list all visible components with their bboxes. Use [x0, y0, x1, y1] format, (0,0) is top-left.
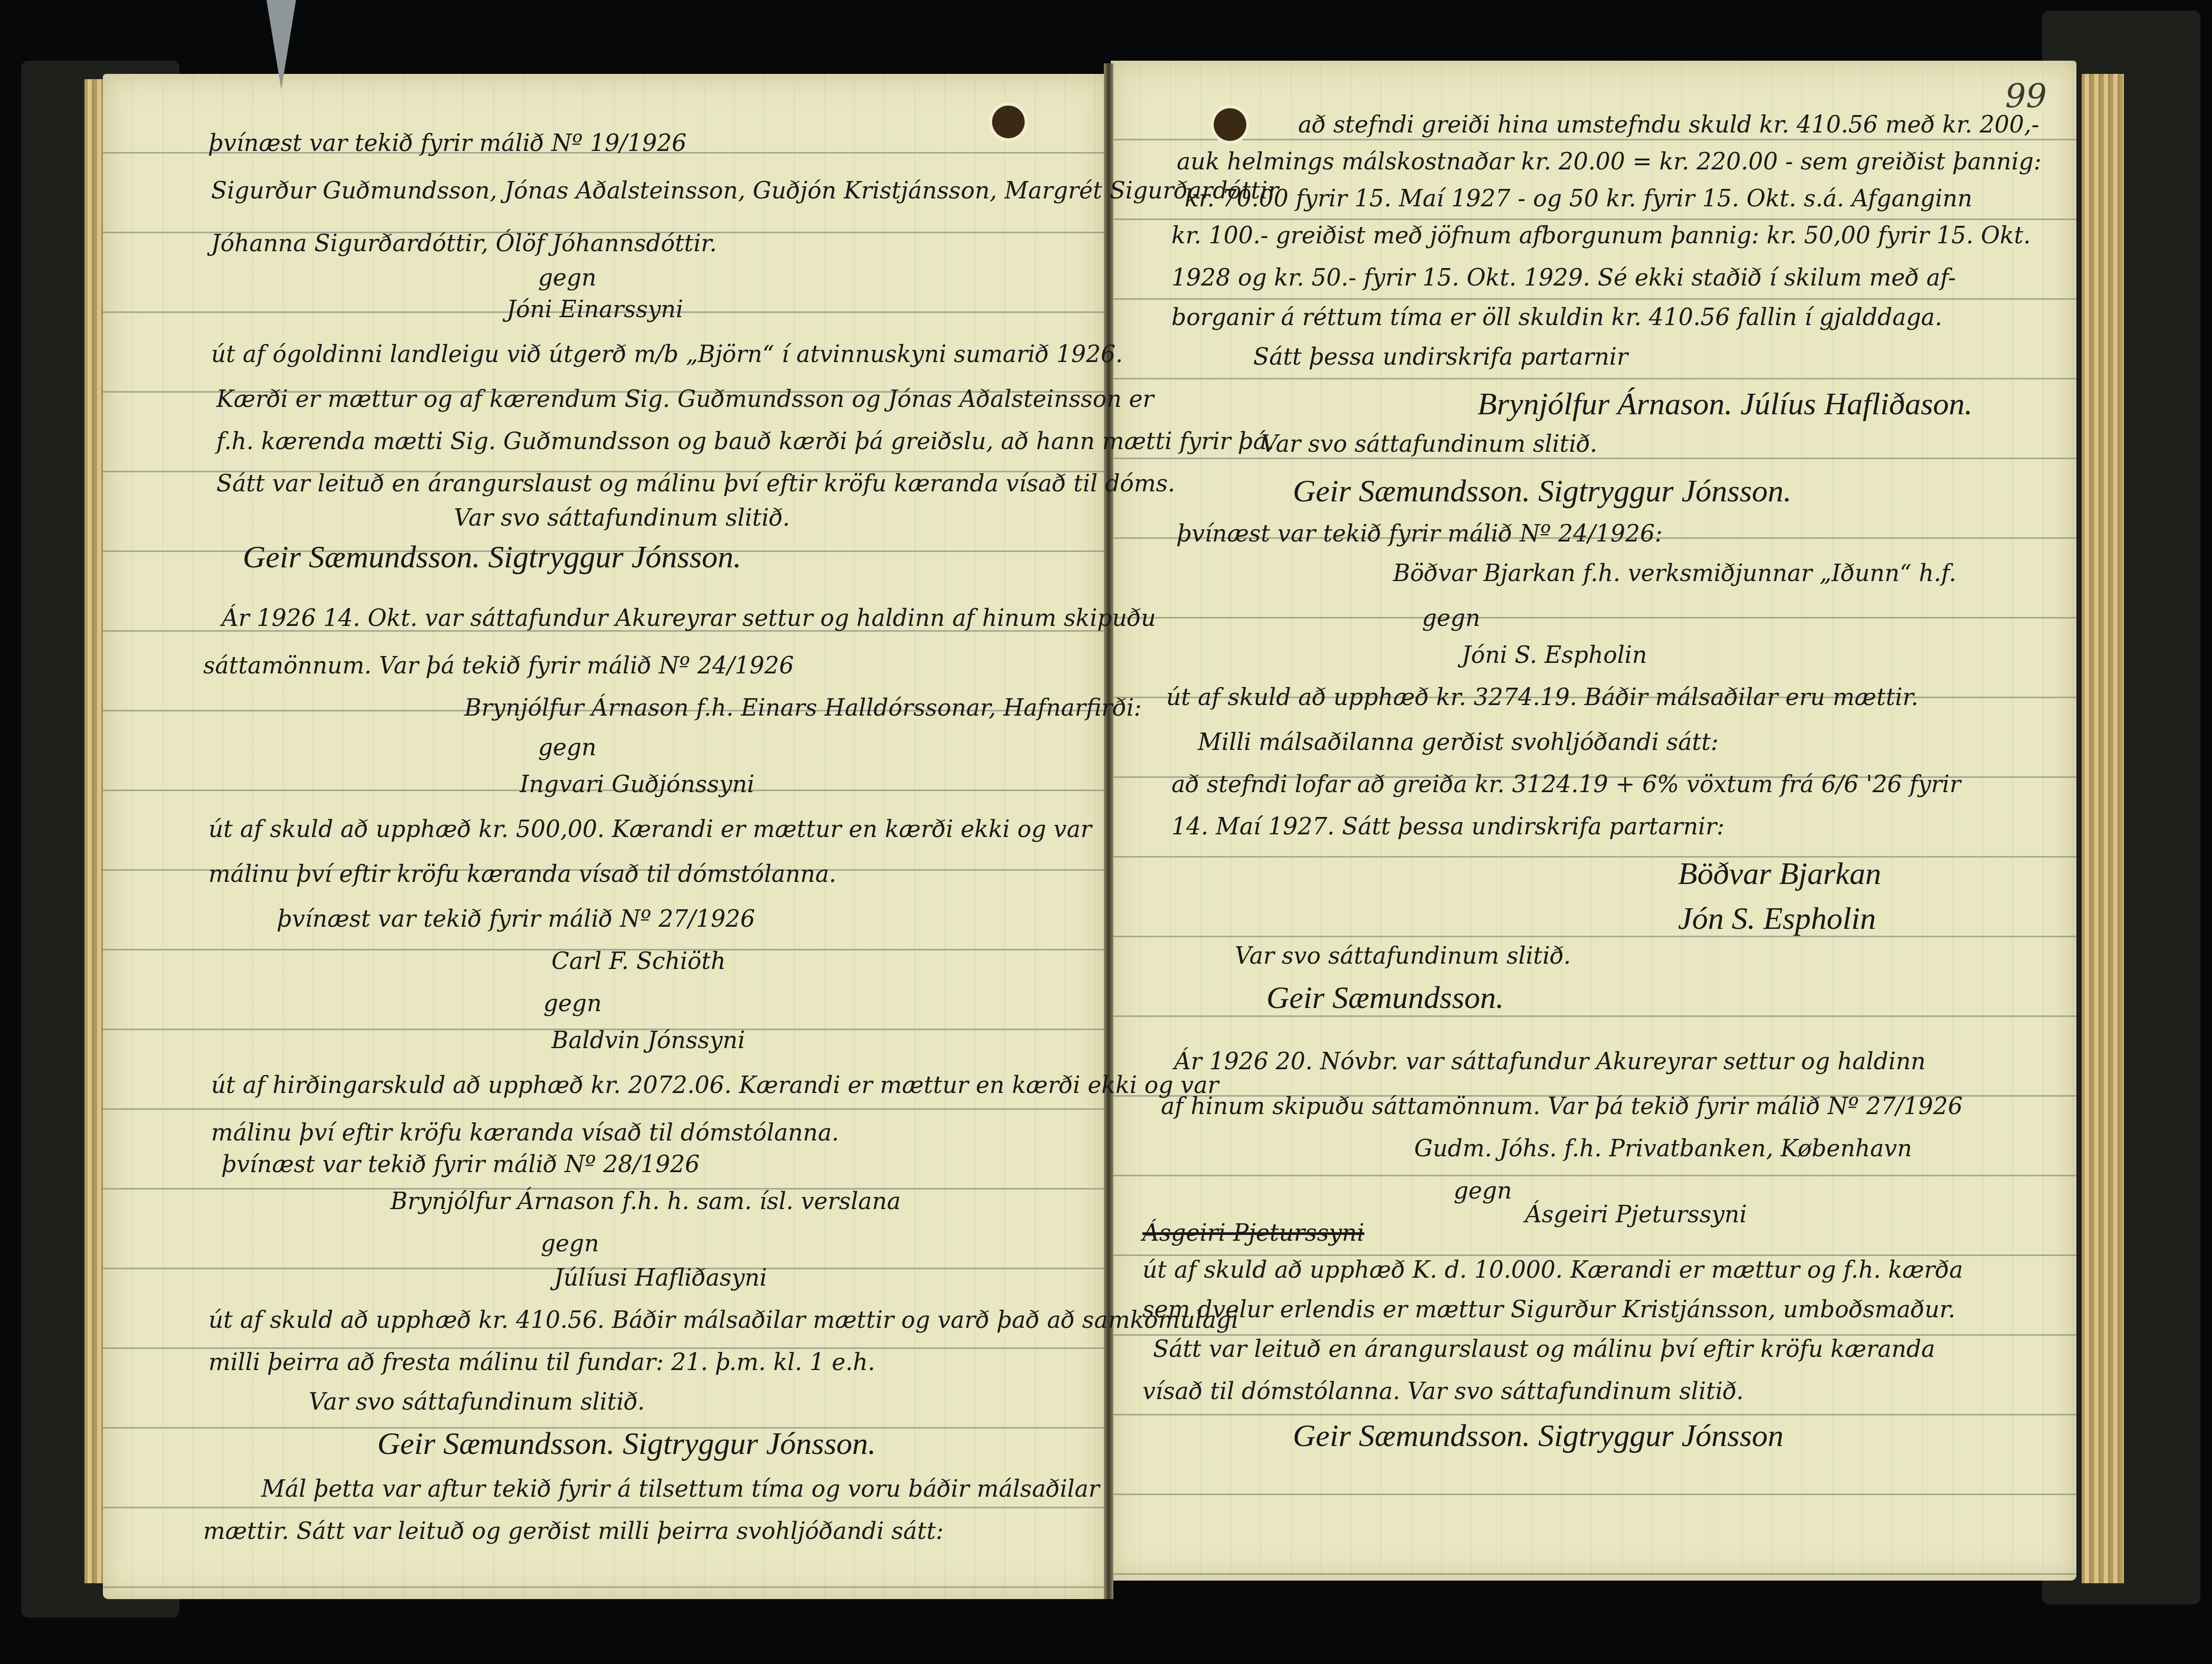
handwritten-line: af hinum skipuðu sáttamönnum. Var þá tek… — [1161, 1095, 1962, 1118]
handwritten-line: út af hirðingarskuld að upphæð kr. 2072.… — [211, 1074, 1218, 1097]
handwritten-line: 14. Maí 1927. Sátt þessa undirskrifa par… — [1171, 815, 1724, 839]
page-number: 99 — [2005, 77, 2047, 115]
punch-hole-icon — [1214, 108, 1246, 141]
handwritten-line: Var svo sáttafundinum slitið. — [1261, 433, 1597, 456]
handwritten-line: Sigurður Guðmundsson, Jónas Aðalsteinsso… — [211, 179, 1279, 203]
handwritten-line: sem dvelur erlendis er mættur Sigurður K… — [1142, 1298, 1956, 1321]
handwritten-line: Milli málsaðilanna gerðist svohljóðandi … — [1198, 731, 1719, 754]
signature-line: Brynjólfur Árnason. Júlíus Hafliðason. — [1477, 388, 1972, 420]
handwritten-line: Var svo sáttafundinum slitið. — [309, 1391, 645, 1414]
handwritten-line: Brynjólfur Árnason f.h. Einars Halldórss… — [464, 697, 1142, 720]
handwritten-line: borganir á réttum tíma er öll skuldin kr… — [1171, 306, 1942, 329]
metal-bookmark-icon — [266, 0, 296, 90]
signature-line: Geir Sæmundsson. Sigtryggur Jónsson. — [377, 1428, 876, 1459]
handwritten-line: út af skuld að upphæð kr. 3274.19. Báðir… — [1166, 686, 1919, 709]
signature-line: Jón S. Espholin — [1678, 902, 1876, 934]
handwritten-line: kr. 70.00 fyrir 15. Maí 1927 - og 50 kr.… — [1185, 187, 1972, 211]
handwritten-line: auk helmings málskostnaðar kr. 20.00 = k… — [1177, 150, 2042, 174]
handwritten-line: Ár 1926 14. Okt. var sáttafundur Akureyr… — [222, 607, 1156, 630]
handwritten-line: Brynjólfur Árnason f.h. h. sam. ísl. ver… — [390, 1190, 901, 1213]
handwritten-line: Sátt þessa undirskrifa partarnir — [1253, 346, 1628, 369]
handwritten-line: gegn — [538, 267, 597, 290]
handwritten-line: út af ógoldinni landleigu við útgerð m/b… — [211, 343, 1123, 366]
handwritten-line: þvínæst var tekið fyrir málið Nº 28/1926 — [222, 1153, 700, 1176]
handwritten-line: Baldvin Jónssyni — [551, 1029, 745, 1052]
handwritten-line: þvínæst var tekið fyrir málið Nº 24/1926… — [1177, 522, 1663, 546]
handwritten-line: Var svo sáttafundinum slitið. — [454, 507, 790, 530]
signature-line: Böðvar Bjarkan — [1678, 858, 1881, 889]
handwritten-line: málinu því eftir kröfu kæranda vísað til… — [208, 863, 836, 886]
handwritten-line: Júlíusi Hafliðasyni — [554, 1267, 767, 1290]
handwritten-line: 1928 og kr. 50.- fyrir 15. Okt. 1929. Sé… — [1171, 267, 1956, 290]
handwritten-line: Kærði er mættur og af kærendum Sig. Guðm… — [216, 388, 1154, 411]
handwritten-line: út af skuld að upphæð K. d. 10.000. Kæra… — [1142, 1259, 1963, 1282]
signature-line: Geir Sæmundsson. Sigtryggur Jónsson. — [243, 541, 741, 573]
handwritten-line: milli þeirra að fresta málinu til fundar… — [208, 1351, 875, 1374]
handwritten-line: málinu því eftir kröfu kæranda vísað til… — [211, 1121, 839, 1145]
handwritten-line: að stefndi greiði hina umstefndu skuld k… — [1298, 113, 2039, 137]
signature-line: Geir Sæmundsson. Sigtryggur Jónsson. — [1293, 475, 1791, 507]
handwritten-line: Ingvari Guðjónssyni — [520, 773, 755, 796]
handwritten-line: Gudm. Jóhs. f.h. Privatbanken, København — [1414, 1137, 1912, 1161]
handwritten-line: Var svo sáttafundinum slitið. — [1235, 945, 1571, 968]
handwritten-line: Ásgeiri Pjeturssyni — [1142, 1222, 1365, 1245]
handwritten-line: gegn — [544, 992, 602, 1015]
handwritten-line: vísað til dómstólanna. Var svo sáttafund… — [1142, 1380, 1743, 1403]
handwritten-line: þvínæst var tekið fyrir málið Nº 27/1926 — [277, 908, 755, 931]
handwritten-line: f.h. kærenda mætti Sig. Guðmundsson og b… — [216, 430, 1274, 453]
handwritten-line: sáttamönnum. Var þá tekið fyrir málið Nº… — [203, 654, 794, 678]
handwritten-line: gegn — [541, 1232, 599, 1256]
handwritten-line: gegn — [1422, 607, 1481, 630]
handwritten-line: kr. 100.- greiðist með jöfnum afborgunum… — [1171, 224, 2030, 248]
punch-hole-icon — [992, 106, 1025, 138]
handwritten-line: Ár 1926 20. Nóvbr. var sáttafundur Akure… — [1174, 1050, 1925, 1073]
handwritten-line: Jóni S. Espholin — [1462, 644, 1647, 667]
handwritten-line: Carl F. Schiöth — [551, 950, 726, 973]
page-edges-right — [2082, 74, 2124, 1583]
handwritten-line: gegn — [538, 736, 597, 759]
handwritten-line: Böðvar Bjarkan f.h. verksmiðjunnar „Iðun… — [1393, 562, 1956, 585]
handwritten-line: gegn — [1454, 1180, 1512, 1203]
handwritten-line: Sátt var leituð en árangurslaust og máli… — [1153, 1338, 1935, 1361]
signature-line: Geir Sæmundsson. — [1266, 982, 1504, 1013]
handwritten-line: út af skuld að upphæð kr. 500,00. Kærand… — [208, 818, 1092, 841]
handwritten-line: Ásgeiri Pjeturssyni — [1525, 1203, 1747, 1226]
book-gutter — [1104, 63, 1113, 1599]
handwritten-line: að stefndi lofar að greiða kr. 3124.19 +… — [1171, 773, 1961, 796]
handwritten-line: Sátt var leituð en árangurslaust og máli… — [216, 472, 1175, 496]
handwritten-line: þvínæst var tekið fyrir málið Nº 19/1926 — [208, 132, 687, 155]
handwritten-line: mættir. Sátt var leituð og gerðist milli… — [203, 1520, 943, 1543]
handwritten-line: Jóni Einarssyni — [507, 298, 683, 321]
handwritten-line: Jóhanna Sigurðardóttir, Ólöf Jóhannsdótt… — [211, 232, 717, 255]
signature-line: Geir Sæmundsson. Sigtryggur Jónsson — [1293, 1420, 1784, 1451]
handwritten-line: Mál þetta var aftur tekið fyrir á tilset… — [261, 1478, 1100, 1501]
handwritten-line: út af skuld að upphæð kr. 410.56. Báðir … — [208, 1309, 1238, 1332]
